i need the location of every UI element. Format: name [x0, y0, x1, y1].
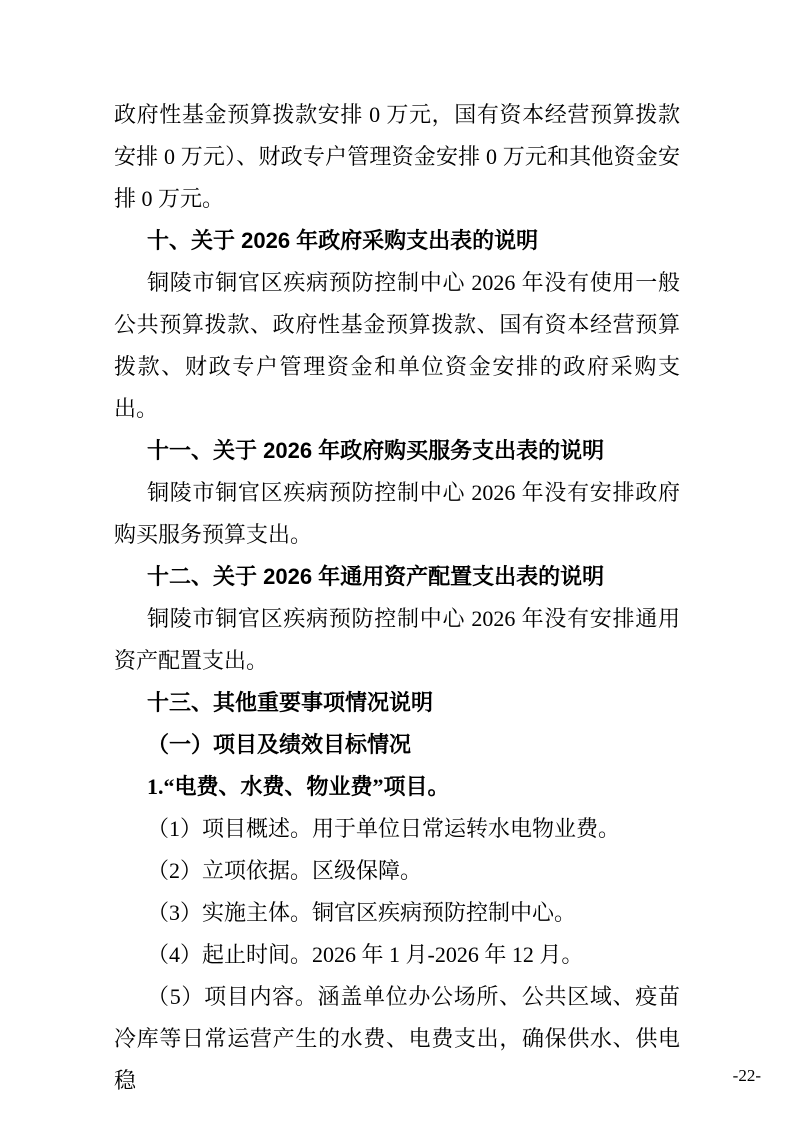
heading-project-1-utilities: 1.“电费、水费、物业费”项目。 [114, 766, 680, 808]
heading-section-13-other-matters: 十三、其他重要事项情况说明 [114, 682, 680, 724]
paragraph-section-11-body: 铜陵市铜官区疾病预防控制中心 2026 年没有安排政府购买服务预算支出。 [114, 472, 680, 556]
paragraph-section-12-body: 铜陵市铜官区疾病预防控制中心 2026 年没有安排通用资产配置支出。 [114, 598, 680, 682]
paragraph-project-item-2-basis: （2）立项依据。区级保障。 [114, 850, 680, 892]
paragraph-project-item-4-timeframe: （4）起止时间。2026 年 1 月-2026 年 12 月。 [114, 934, 680, 976]
page-number: -22- [733, 1066, 761, 1085]
paragraph-section-10-body: 铜陵市铜官区疾病预防控制中心 2026 年没有使用一般公共预算拨款、政府性基金预… [114, 262, 680, 430]
document-page: 政府性基金预算拨款安排 0 万元，国有资本经营预算拨款安排 0 万元）、财政专户… [0, 0, 793, 1122]
document-body: 政府性基金预算拨款安排 0 万元，国有资本经营预算拨款安排 0 万元）、财政专户… [114, 94, 680, 1102]
heading-section-10-gov-procurement: 十、关于 2026 年政府采购支出表的说明 [114, 220, 680, 262]
paragraph-continued-funding: 政府性基金预算拨款安排 0 万元，国有资本经营预算拨款安排 0 万元）、财政专户… [114, 94, 680, 220]
heading-section-12-asset-allocation: 十二、关于 2026 年通用资产配置支出表的说明 [114, 556, 680, 598]
paragraph-project-item-3-implementer: （3）实施主体。铜官区疾病预防控制中心。 [114, 892, 680, 934]
page-footer: -22- [733, 1064, 761, 1088]
paragraph-project-item-1-overview: （1）项目概述。用于单位日常运转水电物业费。 [114, 808, 680, 850]
paragraph-project-item-5-content: （5）项目内容。涵盖单位办公场所、公共区域、疫苗冷库等日常运营产生的水费、电费支… [114, 976, 680, 1102]
heading-section-11-purchased-services: 十一、关于 2026 年政府购买服务支出表的说明 [114, 430, 680, 472]
heading-subsection-1-project-performance: （一）项目及绩效目标情况 [114, 724, 680, 766]
